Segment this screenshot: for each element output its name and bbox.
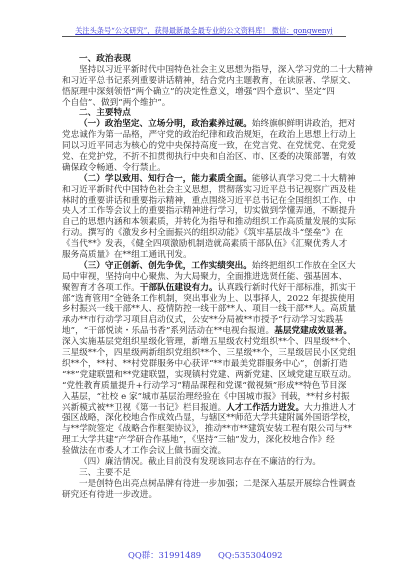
paragraph-line: 林时的重要讲话和重要指示精神，重点围绕习近平总书记在全国组织工作、中: [62, 196, 347, 207]
inline-bold-heading: 干部队伍建设有力。: [140, 283, 218, 293]
paragraph-line: 深入实施基层党组织星级化管理，新增五星级农村党组织**个、四星级**个、: [62, 337, 347, 348]
section-heading-shortcomings: 三、主要不足: [62, 468, 347, 479]
inline-bold-heading: 人才工作活力迸发。: [226, 403, 304, 413]
paragraph-line: 央人才工作等会议上的重要指示精神进行学习，切实做到学懂弄通，不断提升: [62, 206, 347, 217]
paragraph-line: 局中审视，坚持向中心聚焦、为大局聚力，全面推进选贤任能、强基固本、: [62, 272, 347, 283]
paragraph-line: 承办**市行动学习项目启动仪式，公安**分局被**市授予“行动学习实践基: [62, 315, 347, 326]
header-divider: [62, 36, 346, 37]
subsection-title: （三）守正创新、创先争优，工作实绩突出。: [79, 261, 252, 271]
document-body: 一、政治表现 坚持以习近平新时代中国特色社会主义思想为指导，深入学习党的二十大精…: [62, 54, 347, 501]
paragraph-line: 与**学院签定《战略合作框架协议》，推动**市**建筑安装工程有限公司与**: [62, 424, 347, 435]
paragraph-line: 行动。撰写的《激发乡村全面振兴的组织动能》《筑牢基层战斗“堡垒”》在: [62, 228, 347, 239]
paragraph-line: 聚智育才各项工作。干部队伍建设有力。认真践行新时代好干部标准，抓实干: [62, 283, 347, 294]
paragraph-line: 服务高质量》在**组工通讯刊发。: [62, 250, 347, 261]
paragraph-text: 始终旗帜鲜明讲政治，把对: [252, 119, 356, 129]
paragraph-line: 三星级**个，四星级两新组织党组织**个、三星级**个，三星级居民小区党组: [62, 348, 347, 359]
paragraph-line: 党忠诚作为第一品格，严守党的政治纪律和政治规矩，在政治上思想上行动上: [62, 130, 347, 141]
header-banner: 关注头条号“公文研究”，获得最新最全最专业的公文资料库！ 微信：gongweny…: [62, 26, 346, 36]
paragraph-line: 坚持以习近平新时代中国特色社会主义思想为指导，深入学习党的二十大精神: [62, 65, 347, 76]
paragraph-line: 理工大学共建“产学研合作基地”，《坚持“三轴”发力，深化校地合作》经: [62, 435, 347, 446]
paragraph-line: 兴新模式被**卫视《第一书记》栏目报道。人才工作活力迸发。大力推进人才: [62, 403, 347, 414]
paragraph-text: 能够认真学习党二十大精神: [252, 174, 356, 184]
paragraph-line: 和习近平新时代中国特色社会主义思想，贯彻落实习近平总书记视察广西及桂: [62, 185, 347, 196]
paragraph-line: 入基层，“社校 e 家”城市基层治理经验在《中国城市报》刊载，**村乡村振: [62, 392, 347, 403]
section-heading-features: 二、主要特点: [62, 108, 347, 119]
footer-contact: QQ群：31991489 QQ:535304092: [0, 549, 408, 561]
qq-number: QQ:535304092: [218, 549, 283, 561]
paragraph-line: 织**个，**村、**村党群服务中心获评“**市最美党群服务中心”，创新打造: [62, 359, 347, 370]
paragraph-text: 大力推进人才: [304, 403, 356, 413]
paragraph-line: 地”，“干部悦读・乐品书香”系列活动在**电视台报道。基层党建成效显著。: [62, 326, 347, 337]
paragraph-line: 自己的思想内涵和本领素质，并转化为指导和推动组织工作高质量发展的实际: [62, 217, 347, 228]
paragraph-line: 部“选育管用”全链条工作机制，突出事业为上、以事择人，2022 年提拔使用: [62, 294, 347, 305]
header-banner-link[interactable]: 关注头条号“公文研究”，获得最新最全最专业的公文资料库！ 微信：gongweny…: [75, 26, 333, 35]
paragraph-line: 悟原理中深刻领悟“两个确立”的决定性意义，增强“四个意识”、坚定“四: [62, 87, 347, 98]
paragraph-line: 党、在党护党，不折不扣贯彻执行中央和自治区、市、区委的决策部署，有效: [62, 152, 347, 163]
subsection-1-first-line: （一）政治坚定、立场分明，政治素养过硬。始终旗帜鲜明讲政治，把对: [62, 119, 347, 130]
inline-bold-heading: 基层党建成效显著。: [274, 326, 352, 336]
paragraph-line: 一是创特色出亮点树品牌有待进一步加强；二是深入基层开展综合性调查: [62, 479, 347, 490]
paragraph-line: 研究还有待进一步改进。: [62, 490, 347, 501]
subsection-title: （一）政治坚定、立场分明，政治素养过硬。: [79, 119, 252, 129]
paragraph-text: 地”，“干部悦读・乐品书香”系列活动在**电视台报道。: [62, 326, 274, 336]
paragraph-line: “党性教育质量提升+行动学习”精品课程和党课“微视频”形成**特色节目深: [62, 381, 347, 392]
paragraph-line: 验做法在市委人才工作会议上做书面交流。: [62, 446, 347, 457]
paragraph-line: 个自信”、做到“两个维护”。: [62, 98, 347, 109]
paragraph-text: 聚智育才各项工作。: [62, 283, 140, 293]
subsection-title: （二）学以致用、知行合一，能力素质全面。: [79, 174, 252, 184]
paragraph-line: 强区战略，深化校地合作成效凸显，与辖区**师范大学共建附属外国语学校，: [62, 413, 347, 424]
qq-group-number: QQ群：31991489: [128, 549, 201, 561]
subsection-4-integrity: （四）廉洁情况。截止目前没有发现该同志存在不廉洁的行为。: [62, 457, 347, 468]
paragraph-line: 乡村振兴一线干部**人、疫情防控一线干部**人、项目一线干部**人。高质量: [62, 304, 347, 315]
subsection-3-first-line: （三）守正创新、创先争优，工作实绩突出。始终把组织工作放在全区大: [62, 261, 347, 272]
paragraph-line: 确保政令畅通、令行禁止。: [62, 163, 347, 174]
paragraph-text: 认真践行新时代好干部标准，抓实干: [218, 283, 356, 293]
paragraph-text: 兴新模式被**卫视《第一书记》栏目报道。: [62, 403, 226, 413]
paragraph-line: 和习近平总书记系列重要讲话精神，结合党内主题教育，在读原著、学原文、: [62, 76, 347, 87]
paragraph-line: “**”党建联盟和**党建联盟，实现镇村党建、两新党建、区域党建互联互动。: [62, 370, 347, 381]
paragraph-line: 同以习近平同志为核心的党中央保持高度一致，在党言党、在党忧党、在党爱: [62, 141, 347, 152]
subsection-2-first-line: （二）学以致用、知行合一，能力素质全面。能够认真学习党二十大精神: [62, 174, 347, 185]
paragraph-line: 《当代**》发表，《健全四项激励机制造就高素质干部队伍》《汇聚优秀人才: [62, 239, 347, 250]
paragraph-text: 始终把组织工作放在全区大: [252, 261, 356, 271]
section-heading-political: 一、政治表现: [62, 54, 347, 65]
